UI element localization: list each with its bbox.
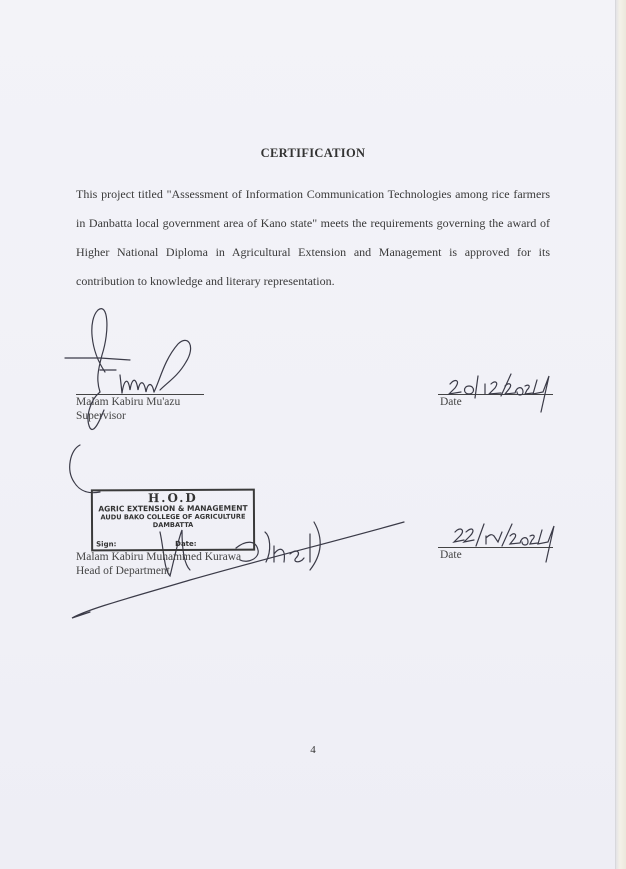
stamp-date-label: Date: bbox=[175, 540, 196, 548]
stamp-line-3: DAMBATTA bbox=[93, 521, 253, 530]
stamp-sign-label: Sign: bbox=[96, 540, 116, 548]
supervisor-handwritten-date bbox=[445, 372, 560, 417]
hod-stamp: H.O.D AGRIC EXTENSION & MANAGEMENT AUDU … bbox=[91, 489, 255, 552]
hod-role: Head of Department bbox=[76, 565, 170, 577]
supervisor-signature bbox=[60, 300, 220, 440]
document-title: CERTIFICATION bbox=[0, 146, 626, 161]
hod-name: Malam Kabiru Muhammed Kurawa bbox=[76, 551, 241, 563]
hod-handwritten-date bbox=[450, 522, 565, 567]
certification-paragraph: This project titled "Assessment of Infor… bbox=[76, 180, 550, 296]
stamp-title: H.O.D bbox=[93, 492, 253, 505]
page-number: 4 bbox=[0, 744, 626, 756]
page-edge bbox=[615, 0, 626, 869]
